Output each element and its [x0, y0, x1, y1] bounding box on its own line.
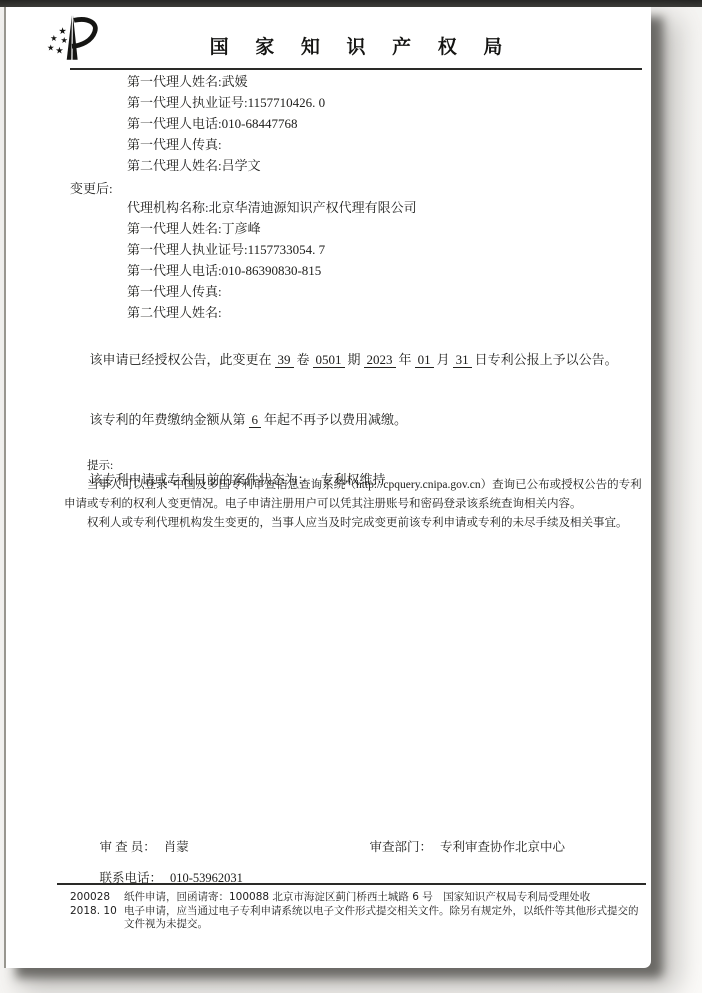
form-code-column: 200028 2018. 10 [70, 891, 122, 932]
agent-line: 第一代理人电话:010-68447768 [127, 113, 325, 134]
after-change-label: 变更后: [70, 178, 113, 199]
agent-line: 第二代理人姓名:吕学文 [127, 155, 325, 176]
department-row: 审查部门：专利审查协作北京中心 [357, 822, 565, 870]
svg-text:★: ★ [61, 35, 68, 45]
agent-line: 第一代理人姓名:武媛 [127, 71, 325, 92]
footer-block: 200028 2018. 10 纸件申请，回函请寄：100088 北京市海淀区蓟… [70, 891, 646, 932]
scan-top-edge [0, 0, 702, 7]
logo-monument [67, 15, 96, 60]
text-run: 月 [437, 352, 450, 367]
agent-info-after-block: 代理机构名称:北京华清迪源知识产权代理有限公司 第一代理人姓名:丁彦峰 第一代理… [127, 197, 417, 323]
text-run: 日专利公报上予以公告。 [475, 352, 618, 367]
document-page: ★ ★ ★ ★ ★ 国 家 知 识 产 权 局 第一代理人姓名:武媛 第一代理人… [4, 7, 651, 968]
agent-line: 第二代理人姓名: [127, 302, 417, 323]
logo-stars: ★ ★ ★ ★ ★ [47, 26, 68, 57]
form-date: 2018. 10 [70, 905, 122, 919]
page-title: 国 家 知 识 产 权 局 [126, 32, 596, 59]
agent-line: 第一代理人执业证号:1157733054. 7 [127, 239, 417, 260]
header-divider [70, 68, 642, 70]
text-run: 年起不再予以费用减缴。 [264, 412, 407, 427]
examiner-name: 肖蒙 [164, 840, 189, 854]
cnipa-logo: ★ ★ ★ ★ ★ [46, 12, 102, 66]
svg-text:★: ★ [47, 42, 54, 52]
text-run: 该申请已经授权公告，此变更在 [90, 352, 272, 367]
paper-filing-instruction: 纸件申请，回函请寄：100088 北京市海淀区蓟门桥西土城路 6 号 国家知识产… [124, 891, 646, 905]
agent-line: 第一代理人电话:010-86390830-815 [127, 260, 417, 281]
gazette-month: 01 [415, 352, 434, 368]
text-run: 期 [348, 352, 361, 367]
agent-line: 代理机构名称:北京华清迪源知识产权代理有限公司 [127, 197, 417, 218]
examiner-label: 审 查 员： [100, 840, 156, 854]
gazette-day: 31 [453, 352, 472, 368]
agent-line: 第一代理人传真: [127, 281, 417, 302]
gazette-volume: 39 [275, 352, 294, 368]
text-run: 卷 [297, 352, 310, 367]
text-run: 该专利的年费缴纳金额从第 [90, 412, 246, 427]
svg-text:★: ★ [55, 46, 63, 57]
tips-paragraph-query: 当事人可以登录“中国及多国专利审查信息查询系统”（http://cpquery.… [64, 476, 646, 514]
agent-info-before-block: 第一代理人姓名:武媛 第一代理人执业证号:1157710426. 0 第一代理人… [127, 71, 325, 176]
tips-block: 提示: 当事人可以登录“中国及多国专利审查信息查询系统”（http://cpqu… [64, 457, 646, 533]
fee-year: 6 [249, 412, 262, 428]
text-run: 年 [399, 352, 412, 367]
form-code: 200028 [70, 891, 122, 905]
footer-instructions: 纸件申请，回函请寄：100088 北京市海淀区蓟门桥西土城路 6 号 国家知识产… [122, 891, 646, 932]
department-name: 专利审查协作北京中心 [440, 840, 565, 854]
footer-divider [57, 883, 646, 885]
agent-line: 第一代理人姓名:丁彦峰 [127, 218, 417, 239]
gazette-year: 2023 [364, 352, 396, 368]
agent-line: 第一代理人执业证号:1157710426. 0 [127, 92, 325, 113]
scanned-document-canvas: { "header": { "title": "国 家 知 识 产 权 局", … [0, 0, 702, 993]
announcement-line-gazette: 该申请已经授权公告，此变更在39卷0501期2023年01月31日专利公报上予以… [70, 330, 646, 390]
gazette-issue: 0501 [313, 352, 345, 368]
tips-label: 提示: [87, 457, 646, 476]
tips-paragraph-obligation: 权利人或专利代理机构发生变更的，当事人应当及时完成变更前该专利申请或专利的未尽手… [64, 514, 646, 533]
department-label: 审查部门： [370, 840, 433, 854]
electronic-filing-instruction: 电子申请，应当通过电子专利申请系统以电子文件形式提交相关文件。除另有规定外，以纸… [124, 905, 646, 932]
agent-line: 第一代理人传真: [127, 134, 325, 155]
announcement-line-fee: 该专利的年费缴纳金额从第6年起不再予以费用减缴。 [70, 390, 646, 450]
